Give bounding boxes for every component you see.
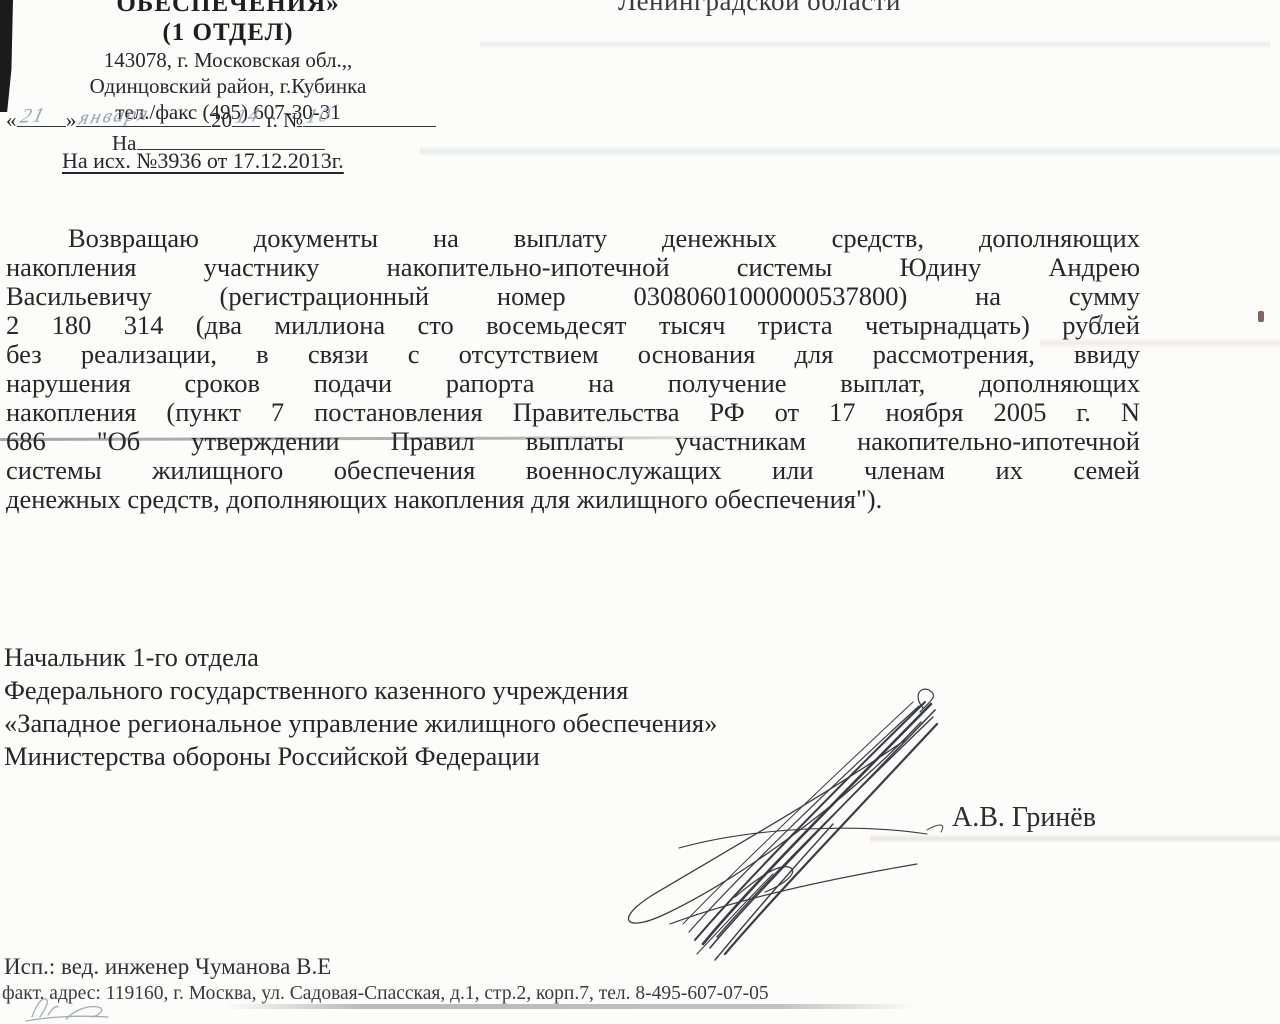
body-line: накопления участнику накопительно-ипотеч… — [6, 253, 1140, 282]
org-name-line: ОБЕСПЕЧЕНИЯ» — [28, 0, 428, 18]
paper-crease — [480, 40, 1270, 49]
body-line: денежных средств, дополняющих накопления… — [6, 485, 1140, 514]
letter-body: Возвращаю документы на выплату денежных … — [6, 224, 1140, 514]
address-line-2: Одинцовский район, г.Кубинка — [28, 74, 428, 99]
date-month-blank: января — [76, 105, 211, 127]
quote-close: » — [66, 108, 77, 133]
body-line: без реализации, в связи с отсутствием ос… — [6, 340, 1140, 369]
reference-blank — [137, 128, 325, 150]
date-day-blank: 21 — [17, 105, 66, 127]
recipient-region-line: Ленинградской области — [618, 0, 1038, 17]
body-line: 686 "Об утверждении Правил выплаты участ… — [6, 427, 1140, 456]
handwritten-number: 10 — [304, 104, 334, 129]
paper-crease — [420, 146, 1280, 162]
scan-edge-artifact — [0, 0, 13, 112]
executor-line: Исп.: вед. инженер Чуманова В.Е — [4, 954, 331, 980]
handwritten-month: января — [77, 103, 153, 131]
body-line: 2 180 314 (два миллиона сто восемьдесят … — [6, 311, 1140, 340]
incoming-reference-line: На исх. №3936 от 17.12.2013г. — [62, 148, 344, 174]
body-line: Возвращаю документы на выплату денежных … — [6, 224, 1140, 253]
org-dept-line: (1 ОТДЕЛ) — [28, 19, 428, 47]
scanned-letter-page: Ленинградской области ОБЕСПЕЧЕНИЯ» (1 ОТ… — [0, 0, 1280, 1024]
handwritten-day: 21 — [17, 104, 47, 129]
date-year-blank: 14 — [232, 105, 260, 127]
handwritten-year: 14 — [233, 104, 263, 129]
signer-name: А.В. Гринёв — [952, 802, 1096, 834]
body-line: Васильевичу (регистрационный номер 03080… — [6, 282, 1140, 311]
handwritten-squiggle — [18, 993, 158, 1024]
body-line: нарушения сроков подачи рапорта на получ… — [6, 369, 1140, 398]
ink-speck — [1258, 311, 1264, 322]
address-line-1: 143078, г. Московская обл.,, — [28, 48, 428, 73]
body-line: системы жилищного обеспечения военнослуж… — [6, 456, 1140, 485]
quote-open: « — [6, 108, 17, 133]
body-line: накопления (пункт 7 постановления Правит… — [6, 398, 1140, 427]
handwritten-signature — [575, 662, 955, 967]
doc-number-blank: 10 — [303, 105, 436, 127]
